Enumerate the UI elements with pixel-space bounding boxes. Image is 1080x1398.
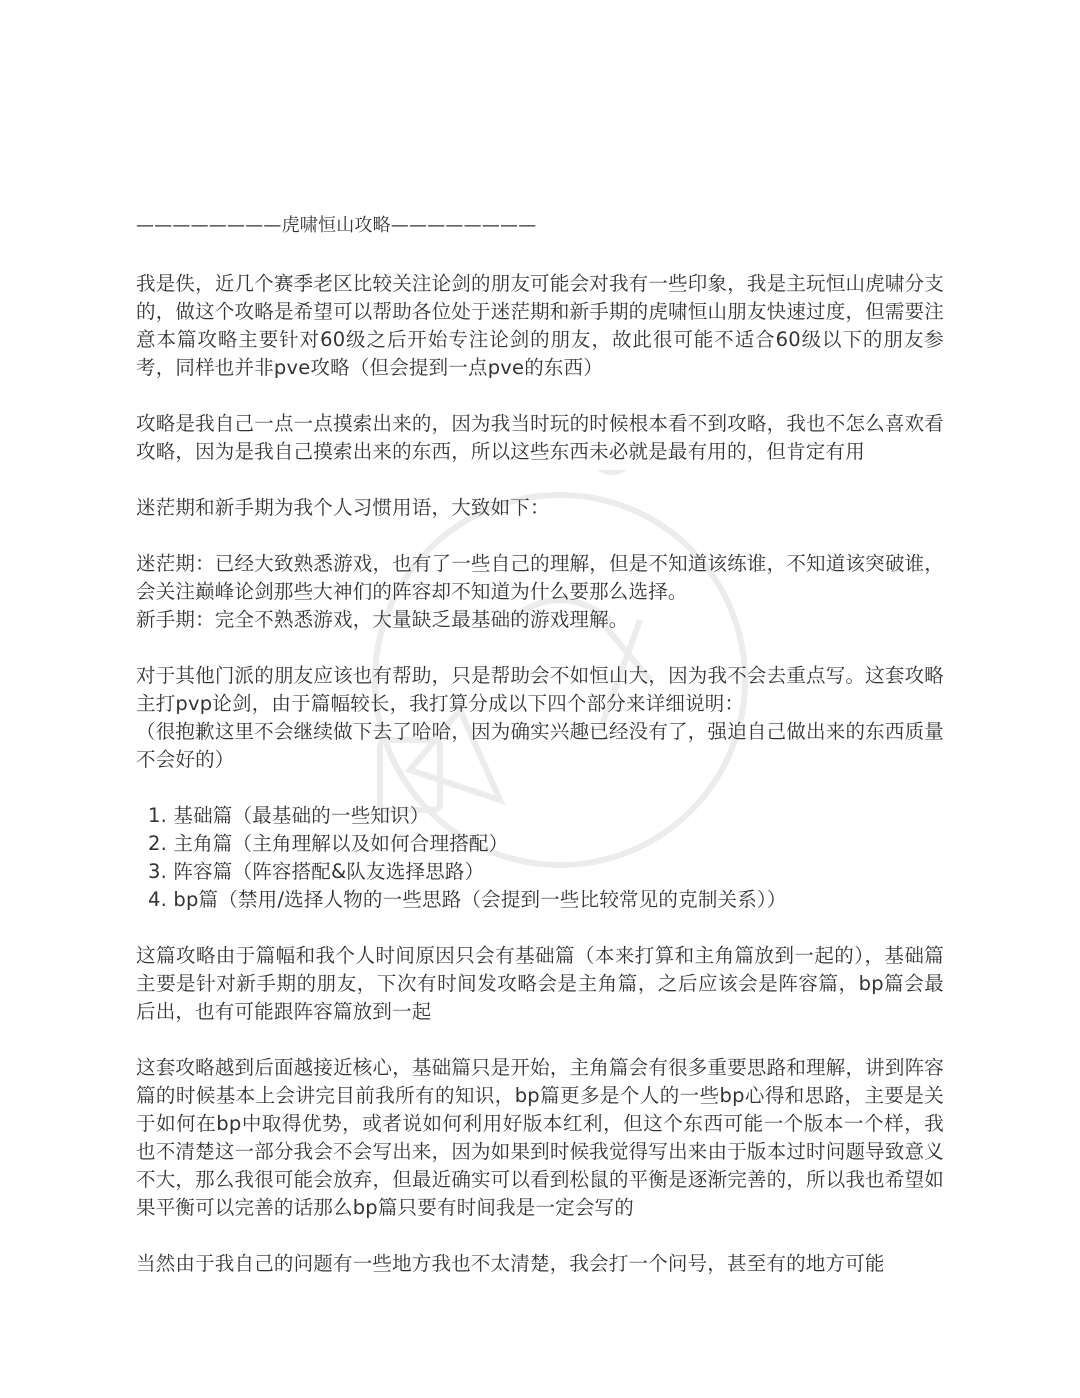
list-item-basics: 1. 基础篇（最基础的一些知识） (148, 802, 944, 830)
list-item-protagonist: 2. 主角篇（主角理解以及如何合理搭配） (148, 830, 944, 858)
article-title: ————————虎啸恒山攻略———————— (136, 212, 944, 240)
paragraph-apology: （很抱歉这里不会继续做下去了哈哈，因为确实兴趣已经没有了，强迫自己做出来的东西质… (136, 718, 944, 774)
paragraph-ending: 当然由于我自己的问题有一些地方我也不太清楚，我会打一个问号，甚至有的地方可能 (136, 1250, 944, 1278)
list-item-lineup: 3. 阵容篇（阵容搭配&队友选择思路） (148, 858, 944, 886)
sections-list: 1. 基础篇（最基础的一些知识） 2. 主角篇（主角理解以及如何合理搭配） 3.… (136, 802, 944, 914)
term-newbie-period: 新手期：完全不熟悉游戏，大量缺乏最基础的游戏理解。 (136, 606, 944, 634)
term-confused-period: 迷茫期：已经大致熟悉游戏，也有了一些自己的理解，但是不知道该练谁，不知道该突破谁… (136, 550, 944, 606)
paragraph-scope: 这篇攻略由于篇幅和我个人时间原因只会有基础篇（本来打算和主角篇放到一起的），基础… (136, 942, 944, 1026)
paragraph-origin: 攻略是我自己一点一点摸索出来的，因为我当时玩的时候根本看不到攻略，我也不怎么喜欢… (136, 410, 944, 466)
paragraph-core: 这套攻略越到后面越接近核心，基础篇只是开始，主角篇会有很多重要思路和理解，讲到阵… (136, 1054, 944, 1222)
list-item-bp: 4. bp篇（禁用/选择人物的一些思路（会提到一些比较常见的克制关系）） (148, 886, 944, 914)
paragraph-intro: 我是佚，近几个赛季老区比较关注论剑的朋友可能会对我有一些印象，我是主玩恒山虎啸分… (136, 270, 944, 382)
paragraph-terms-intro: 迷茫期和新手期为我个人习惯用语，大致如下： (136, 494, 944, 522)
paragraph-other-sects: 对于其他门派的朋友应该也有帮助，只是帮助会不如恒山大，因为我不会去重点写。这套攻… (136, 662, 944, 718)
guide-article: ————————虎啸恒山攻略———————— 我是佚，近几个赛季老区比较关注论剑… (136, 212, 944, 1306)
